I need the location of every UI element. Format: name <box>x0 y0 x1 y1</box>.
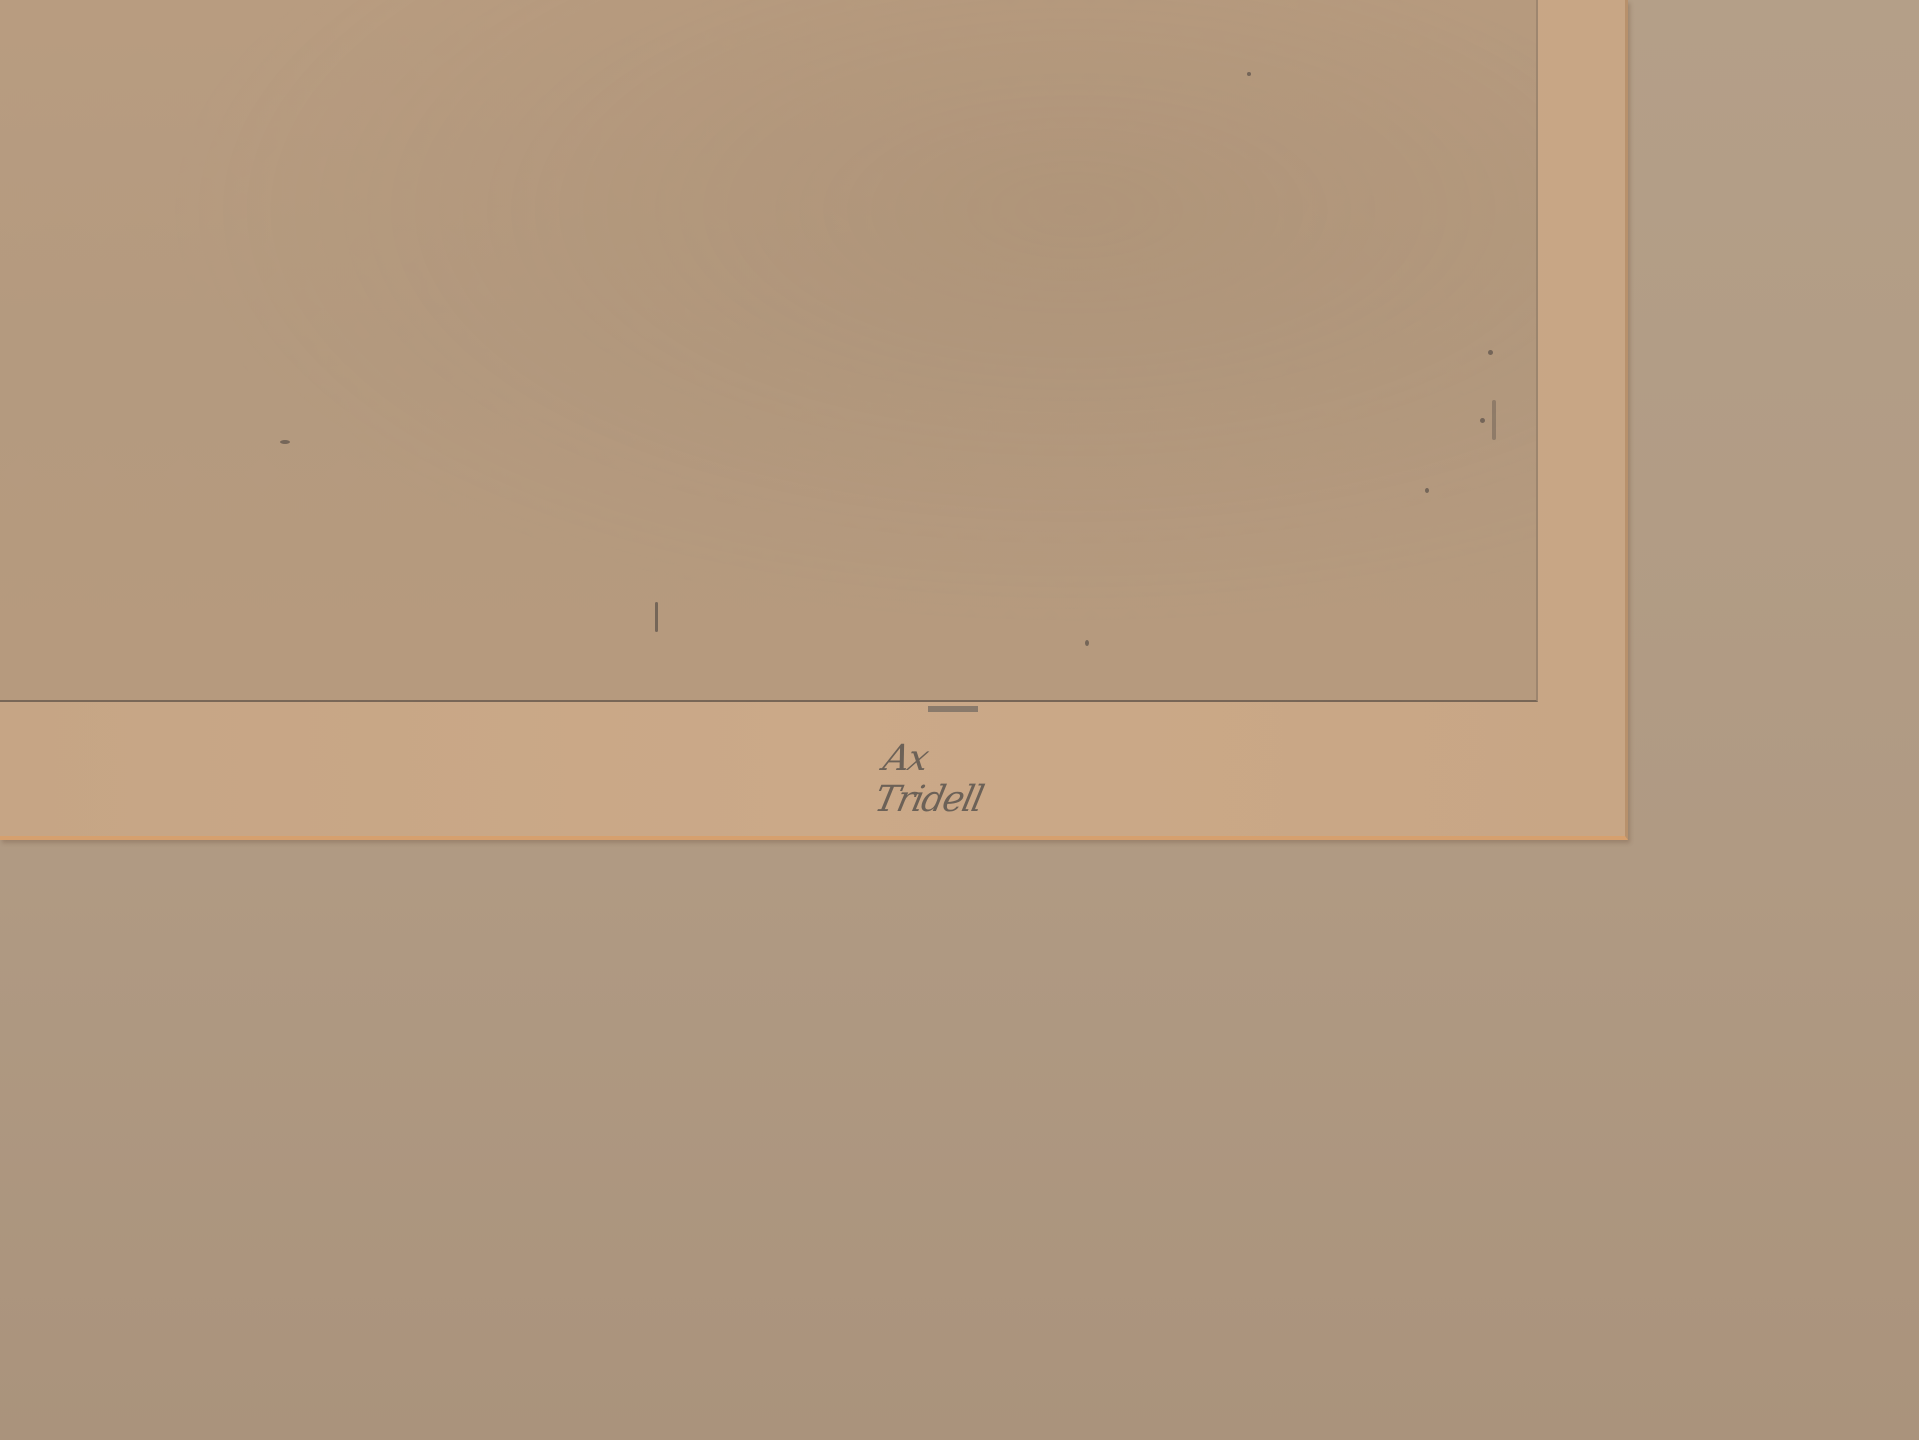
ink-speck <box>1247 72 1251 76</box>
ink-speck <box>1085 640 1089 646</box>
artist-signature: Ax Tridell <box>876 738 1039 798</box>
ink-speck <box>1480 418 1485 423</box>
print-paper: Ax Tridell <box>0 0 1628 840</box>
ink-speck <box>1488 350 1493 355</box>
ink-speck <box>655 602 658 632</box>
etched-plate-area <box>0 0 1538 702</box>
ink-speck <box>1425 488 1429 493</box>
pencil-mark <box>928 706 978 712</box>
ink-speck <box>1492 400 1496 440</box>
ink-speck <box>280 440 290 444</box>
